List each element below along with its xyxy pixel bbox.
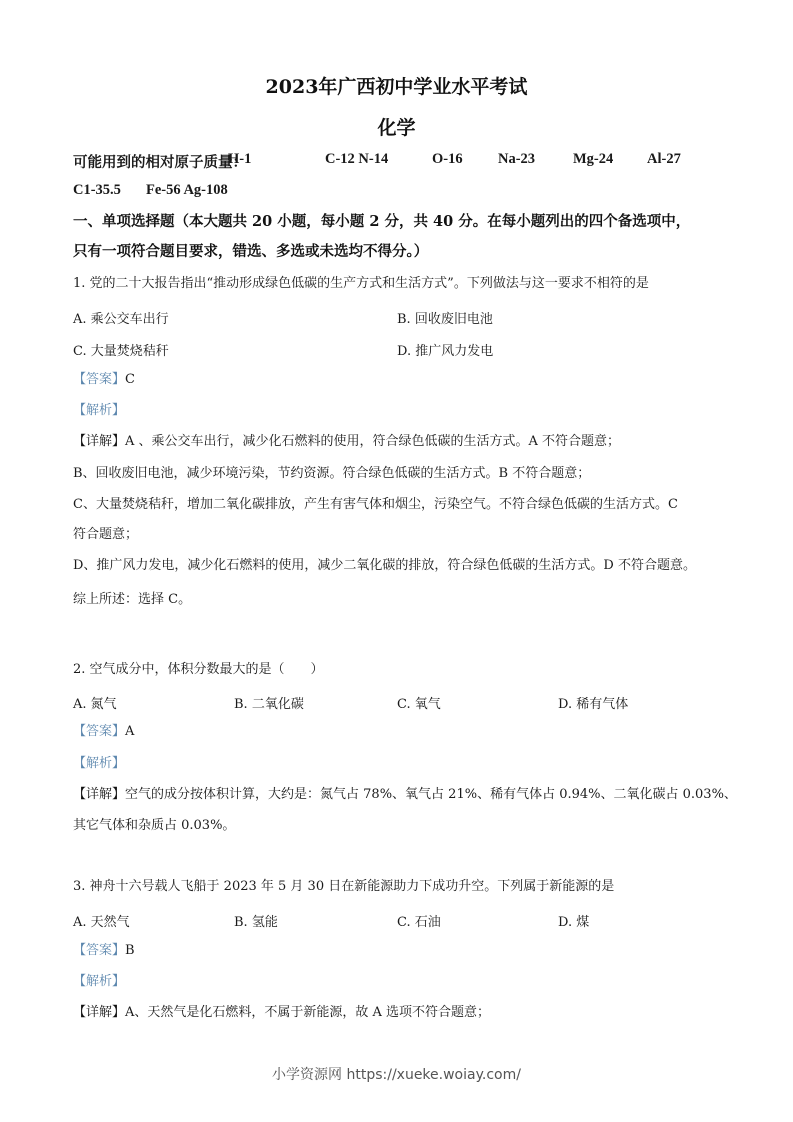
answer-value: C — [125, 372, 135, 387]
question-stem: 1. 党的二十大报告指出“推动形成绿色低碳的生产方式和生活方式”。下列做法与这一… — [73, 276, 649, 292]
option-b: B. 二氧化碳 — [234, 693, 304, 712]
detail-tag: 【详解】 — [73, 434, 125, 449]
detail-line: 【详解】A、天然气是化石燃料，不属于新能源，故 A 选项不符合题意； — [73, 1005, 490, 1021]
option-a: A. 乘公交车出行 — [73, 308, 169, 327]
detail-line: 【详解】空气的成分按体积计算，大约是：氮气占 78%、氧气占 21%、稀有气体占… — [73, 787, 737, 803]
atomic-mass: Mg-24 — [573, 151, 613, 168]
answer-value: B — [125, 943, 135, 958]
answer-value: A — [125, 724, 134, 739]
detail-line: D、推广风力发电，减少化石燃料的使用，减少二氧化碳的排放，符合绿色低碳的生活方式… — [73, 558, 696, 574]
section-heading: 只有一项符合题目要求，错选、多选或未选均不得分。） — [73, 244, 428, 260]
analysis-tag: 【解析】 — [73, 403, 125, 419]
option-c: C. 氧气 — [397, 693, 441, 712]
answer-line: 【答案】C — [73, 372, 135, 388]
atomic-mass: Na-23 — [498, 151, 535, 168]
detail-line: 【详解】A 、乘公交车出行，减少化石燃料的使用，符合绿色低碳的生活方式。A 不符… — [73, 434, 620, 450]
detail-line: B、回收废旧电池，减少环境污染，节约资源。符合绿色低碳的生活方式。B 不符合题意… — [73, 466, 590, 482]
exam-page: 2023年广西初中学业水平考试 化学 可能用到的相对原子质量： H-1 C-12… — [0, 0, 793, 1122]
summary-line: 综上所述：选择 C。 — [73, 592, 191, 608]
answer-tag: 【答案】 — [73, 943, 125, 958]
analysis-tag: 【解析】 — [73, 974, 125, 990]
atomic-mass: C1-35.5 — [73, 182, 121, 199]
section-heading: 一、单项选择题（本大题共 20 小题，每小题 2 分，共 40 分。在每小题列出… — [73, 214, 690, 230]
option-c: C. 大量焚烧秸秆 — [73, 340, 169, 359]
option-a: A. 天然气 — [73, 911, 130, 930]
option-b: B. 氢能 — [234, 911, 278, 930]
atomic-mass: Al-27 — [647, 151, 681, 168]
option-b: B. 回收废旧电池 — [397, 308, 493, 327]
option-d: D. 煤 — [558, 911, 589, 930]
exam-title: 2023年广西初中学业水平考试 — [0, 72, 793, 99]
atomic-masses-label: 可能用到的相对原子质量： — [73, 151, 247, 172]
question-stem: 2. 空气成分中，体积分数最大的是（ ） — [73, 662, 324, 678]
detail-line: 其它气体和杂质占 0.03%。 — [73, 818, 235, 834]
detail-line: C、大量焚烧秸秆，增加二氧化碳排放，产生有害气体和烟尘，污染空气。不符合绿色低碳… — [73, 497, 678, 513]
detail-tag: 【详解】 — [73, 787, 125, 802]
option-a: A. 氮气 — [73, 693, 117, 712]
atomic-mass: H-1 — [228, 151, 251, 168]
answer-tag: 【答案】 — [73, 372, 125, 387]
answer-line: 【答案】A — [73, 724, 134, 740]
answer-tag: 【答案】 — [73, 724, 125, 739]
detail-line: 符合题意； — [73, 527, 138, 543]
question-stem: 3. 神舟十六号载人飞船于 2023 年 5 月 30 日在新能源助力下成功升空… — [73, 879, 614, 895]
atomic-mass: O-16 — [432, 151, 463, 168]
atomic-mass: C-12 N-14 — [325, 151, 388, 168]
detail-tag: 【详解】 — [73, 1005, 125, 1020]
atomic-mass: Fe-56 Ag-108 — [146, 182, 228, 199]
footer-watermark: 小学资源网 https://xueke.woiay.com/ — [0, 1064, 793, 1084]
analysis-tag: 【解析】 — [73, 756, 125, 772]
option-c: C. 石油 — [397, 911, 441, 930]
subject-title: 化学 — [0, 113, 793, 140]
option-d: D. 推广风力发电 — [397, 340, 493, 359]
answer-line: 【答案】B — [73, 943, 135, 959]
option-d: D. 稀有气体 — [558, 693, 628, 712]
